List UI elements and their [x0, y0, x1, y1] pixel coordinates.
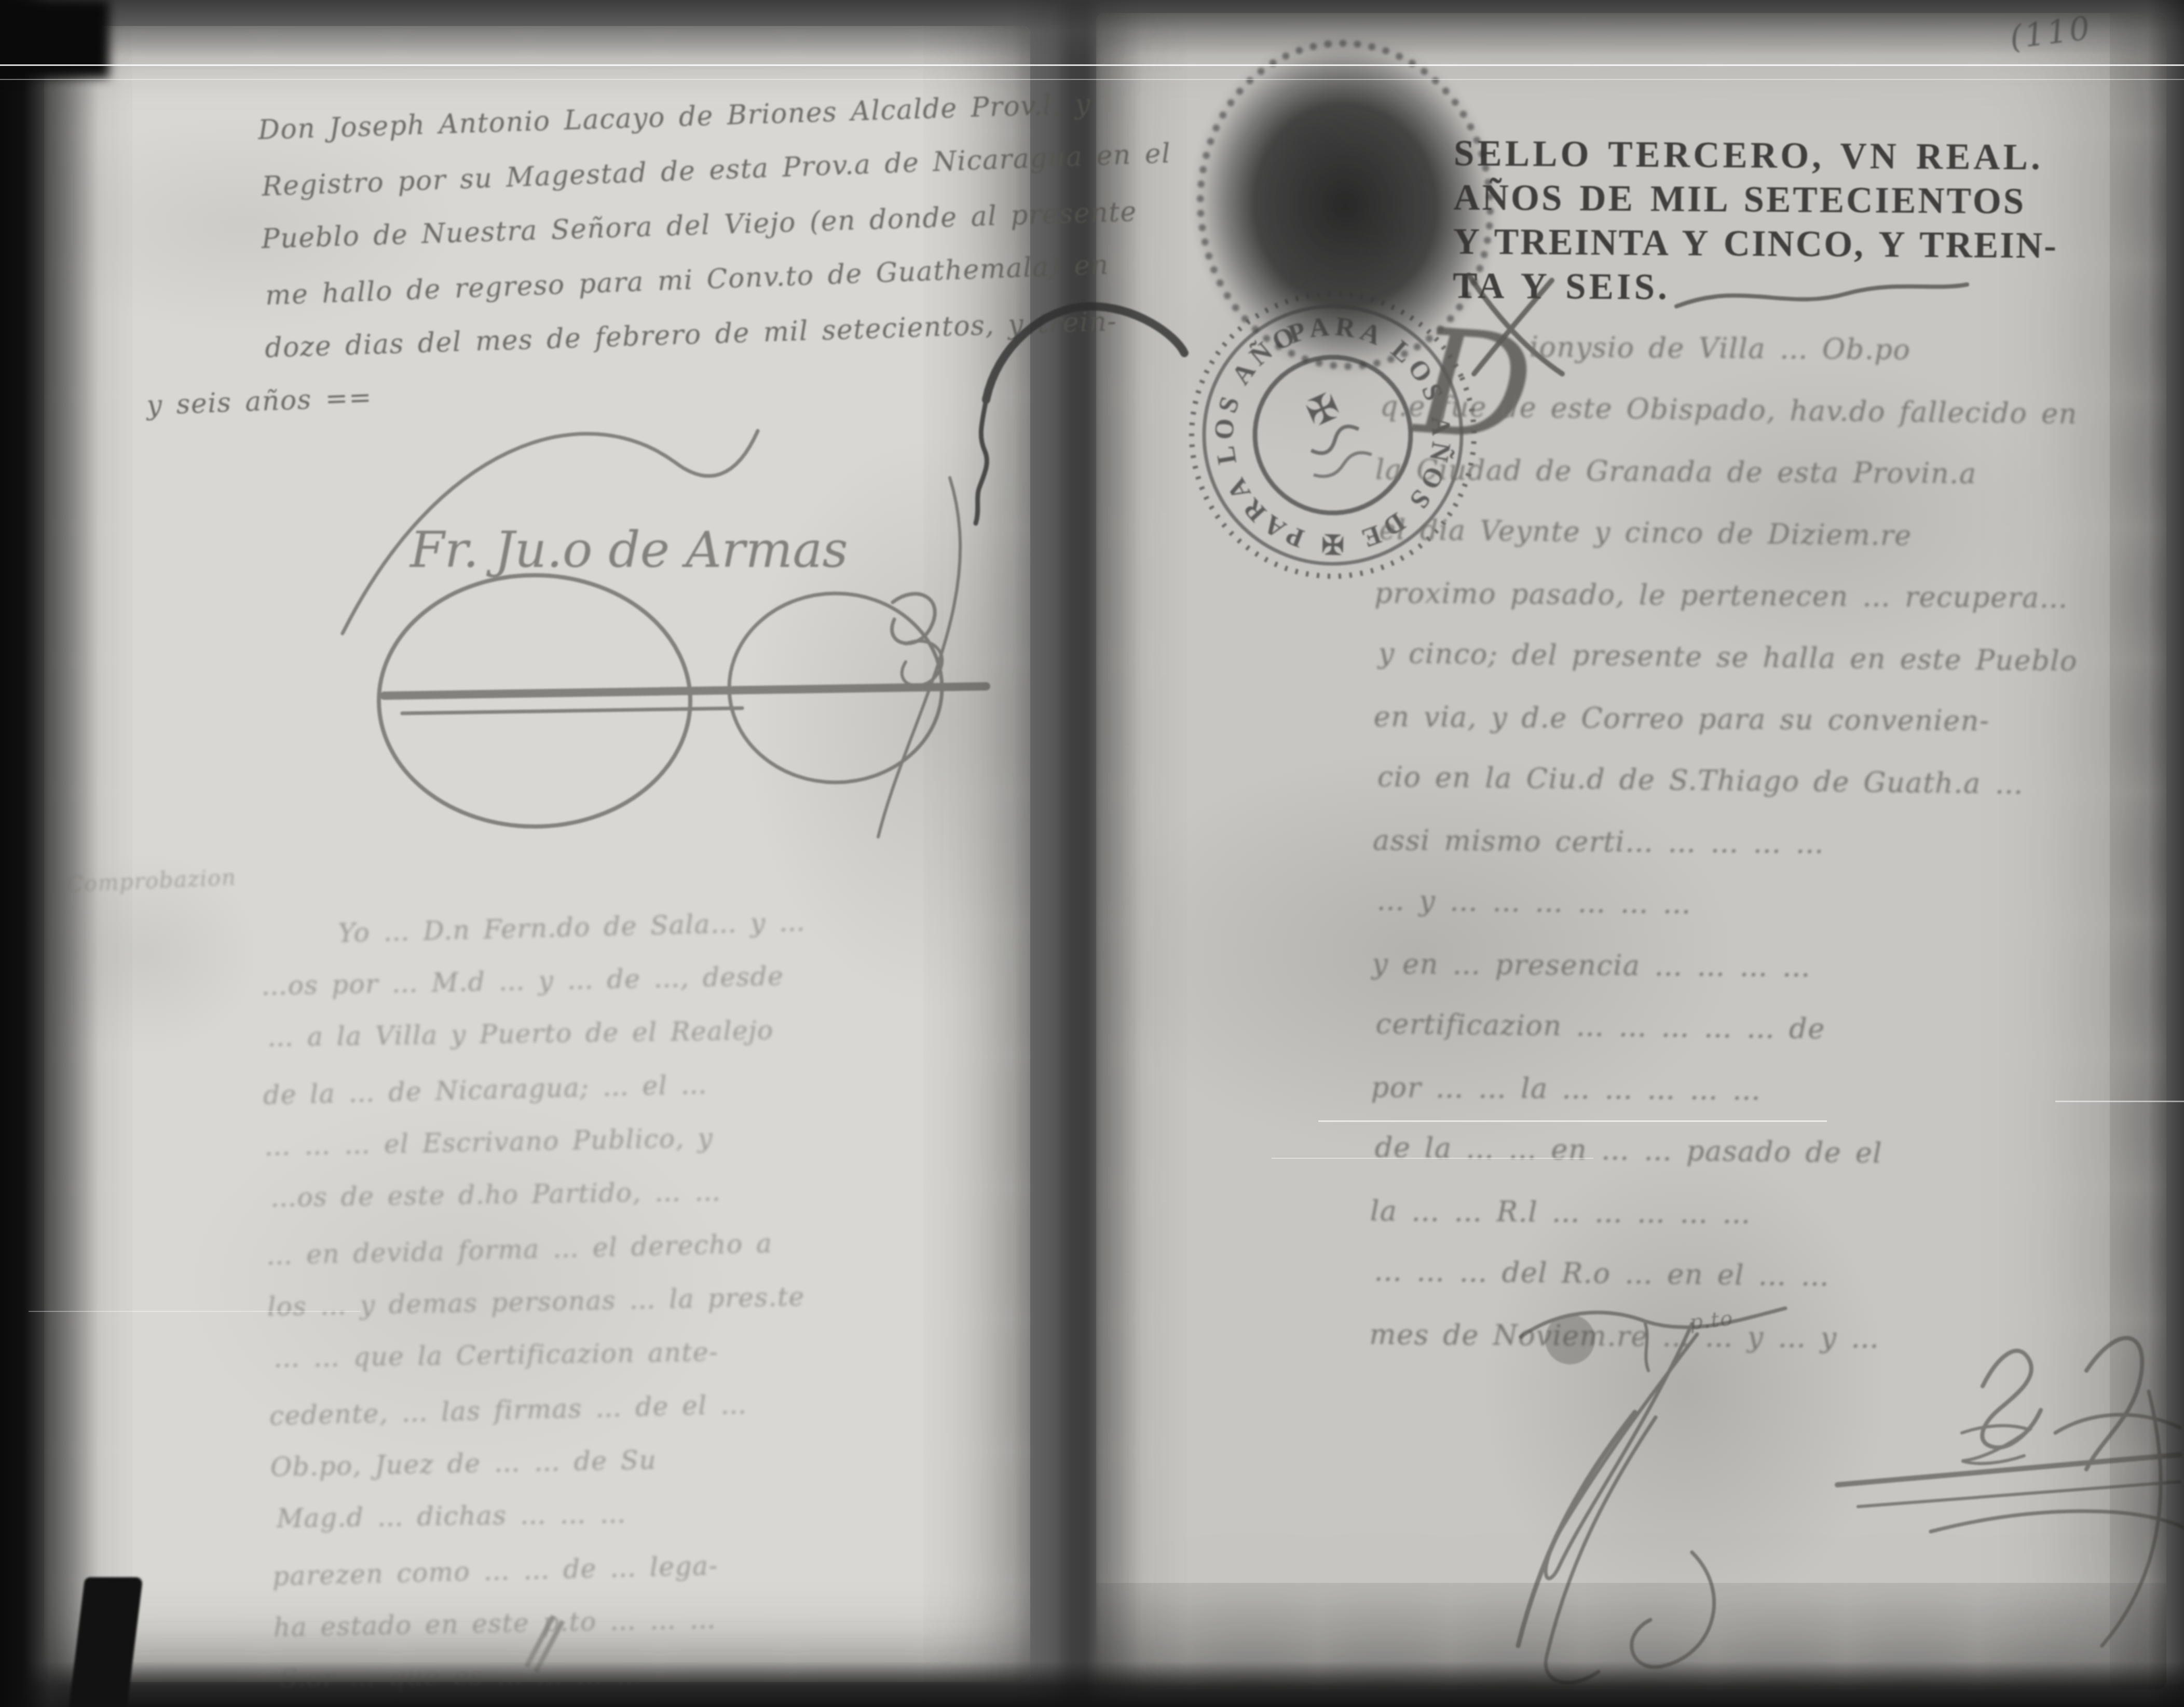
bishop-notice-paragraph: ionysio de Villa … Ob.po q.e fue de este…	[1369, 315, 2171, 1371]
signature-flourishes-right-page	[1474, 1262, 2184, 1707]
signature-name: Fr. Ju.o de Armas	[409, 521, 848, 579]
text-line: proximo pasado, le pertenecen … recupera…	[1374, 562, 2169, 630]
certification-paragraph: Yo … D.n Fern.do de Sala… y … …os por … …	[260, 890, 1105, 1707]
stamp-line: AÑOS DE MIL SETECIENTOS	[1453, 176, 2118, 225]
text-line: ionysio de Villa … Ob.po	[1529, 316, 2171, 383]
text-line: el dia Veynte y cinco de Diziem.re	[1379, 498, 2174, 569]
text-line: certificazion … … … … … de	[1375, 993, 2170, 1063]
text-line: en via, y d.e Correo para su convenien-	[1373, 686, 2168, 753]
stamp-line: SELLO TERCERO, VN REAL.	[1454, 132, 2119, 181]
text-line: y en … presencia … … … …	[1372, 933, 2166, 1000]
text-line: la Ciudad de Granada de esta Provin.a	[1375, 439, 2170, 506]
signature-flourish-left-page: Fr. Ju.o de Armas	[311, 384, 1038, 851]
scratch-line	[2055, 1101, 2184, 1102]
scratch-line	[1272, 1158, 1593, 1159]
scratch-line	[1318, 1120, 1827, 1122]
opening-paragraph: Don Joseph Antonio Lacayo de Briones Alc…	[257, 78, 1056, 427]
text-line: por … … la … … … … …	[1371, 1056, 2165, 1124]
text-line: S.or … que es … … … …	[279, 1641, 1110, 1706]
text-line: q.e fue de este Obispado, hav.do falleci…	[1380, 375, 2174, 445]
scratch-line	[29, 1311, 361, 1312]
text-line: assi mismo certi… … … … …	[1373, 809, 2167, 877]
manuscript-scan: Don Joseph Antonio Lacayo de Briones Alc…	[0, 0, 2184, 1707]
text-line: cio en la Ciu.d de S.Thiago de Guath.a …	[1377, 746, 2172, 816]
text-line: … y … … … … … …	[1376, 869, 2171, 940]
text-line: de la … … en … … pasado de el	[1374, 1116, 2169, 1187]
text-line: y cinco; del presente se halla en este P…	[1378, 622, 2173, 693]
text-line: la … … R.l … … … … …	[1370, 1180, 2165, 1248]
scratch-line	[0, 64, 2184, 66]
stamp-center-cross-icon: ✠	[1300, 383, 1346, 436]
scratch-line	[0, 79, 2184, 80]
